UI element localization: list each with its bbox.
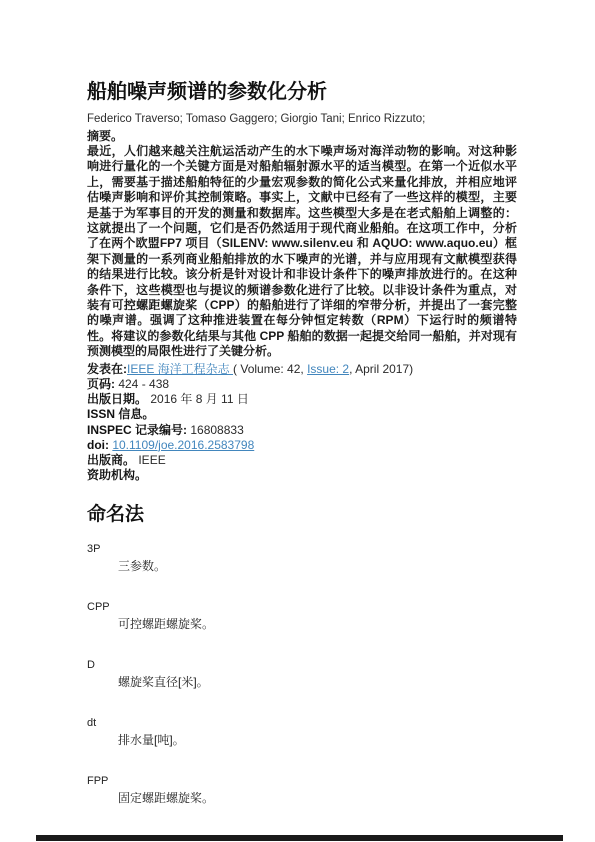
page-bottom-bar [36, 835, 563, 841]
nomenclature-entry: D 螺旋桨直径[米]。 [87, 659, 517, 690]
abstract-label: 摘要。 [87, 129, 517, 144]
doi-link[interactable]: 10.1109/joe.2016.2583798 [112, 438, 254, 452]
nomenclature-term: CPP [87, 601, 517, 614]
nomenclature-definition: 螺旋桨直径[米]。 [118, 675, 517, 690]
nomenclature-term: 3P [87, 543, 517, 556]
nomenclature-term: D [87, 659, 517, 672]
nomenclature-definition: 三参数。 [118, 559, 517, 574]
nomenclature-definition: 排水量[吨]。 [118, 733, 517, 748]
issn-line: ISSN 信息。 [87, 407, 517, 422]
doi-label: doi: [87, 438, 112, 452]
published-in-label: 发表在: [87, 362, 127, 376]
nomenclature-entry: CPP 可控螺距螺旋桨。 [87, 601, 517, 632]
publisher-label: 出版商。 [87, 453, 135, 467]
volume-text: ( Volume: 42, [233, 362, 307, 376]
inspec-line: INSPEC 记录编号: 16808833 [87, 423, 517, 438]
metadata-block: 发表在:IEEE 海洋工程杂志 ( Volume: 42, Issue: 2, … [87, 362, 517, 484]
nomenclature-definition: 固定螺距螺旋桨。 [118, 791, 517, 806]
article-page: 船舶噪声频谱的参数化分析 Federico Traverso; Tomaso G… [87, 80, 517, 833]
pub-date-line: 出版日期。 2016 年 8 月 11 日 [87, 392, 517, 407]
pages-line: 页码: 424 - 438 [87, 377, 517, 392]
nomenclature-definition: 可控螺距螺旋桨。 [118, 617, 517, 632]
nomenclature-entry: dt 排水量[吨]。 [87, 717, 517, 748]
page-title: 船舶噪声频谱的参数化分析 [87, 80, 517, 104]
issn-label: ISSN 信息。 [87, 407, 154, 421]
nomenclature-term: FPP [87, 775, 517, 788]
nomenclature-list: 3P 三参数。 CPP 可控螺距螺旋桨。 D 螺旋桨直径[米]。 dt 排水量[… [87, 543, 517, 806]
publisher-line: 出版商。 IEEE [87, 453, 517, 468]
funding-line: 资助机构。 [87, 468, 517, 483]
nomenclature-entry: FPP 固定螺距螺旋桨。 [87, 775, 517, 806]
issue-link[interactable]: Issue: 2 [307, 362, 349, 376]
abstract-text: 最近，人们越来越关注航运活动产生的水下噪声场对海洋动物的影响。对这种影响进行量化… [87, 144, 517, 360]
nomenclature-term: dt [87, 717, 517, 730]
journal-link[interactable]: IEEE 海洋工程杂志 [127, 362, 233, 376]
authors-line: Federico Traverso; Tomaso Gaggero; Giorg… [87, 112, 517, 126]
doi-line: doi: 10.1109/joe.2016.2583798 [87, 438, 517, 453]
nomenclature-heading: 命名法 [87, 503, 517, 526]
pages-value: 424 - 438 [115, 377, 169, 391]
inspec-label: INSPEC 记录编号: [87, 423, 187, 437]
published-in-line: 发表在:IEEE 海洋工程杂志 ( Volume: 42, Issue: 2, … [87, 362, 517, 377]
funding-label: 资助机构。 [87, 468, 147, 482]
nomenclature-entry: 3P 三参数。 [87, 543, 517, 574]
inspec-value: 16808833 [187, 423, 244, 437]
pages-label: 页码: [87, 377, 115, 391]
published-date-text: , April 2017) [349, 362, 413, 376]
pub-date-value: 2016 年 8 月 11 日 [147, 392, 249, 406]
publisher-value: IEEE [135, 453, 166, 467]
pub-date-label: 出版日期。 [87, 392, 147, 406]
